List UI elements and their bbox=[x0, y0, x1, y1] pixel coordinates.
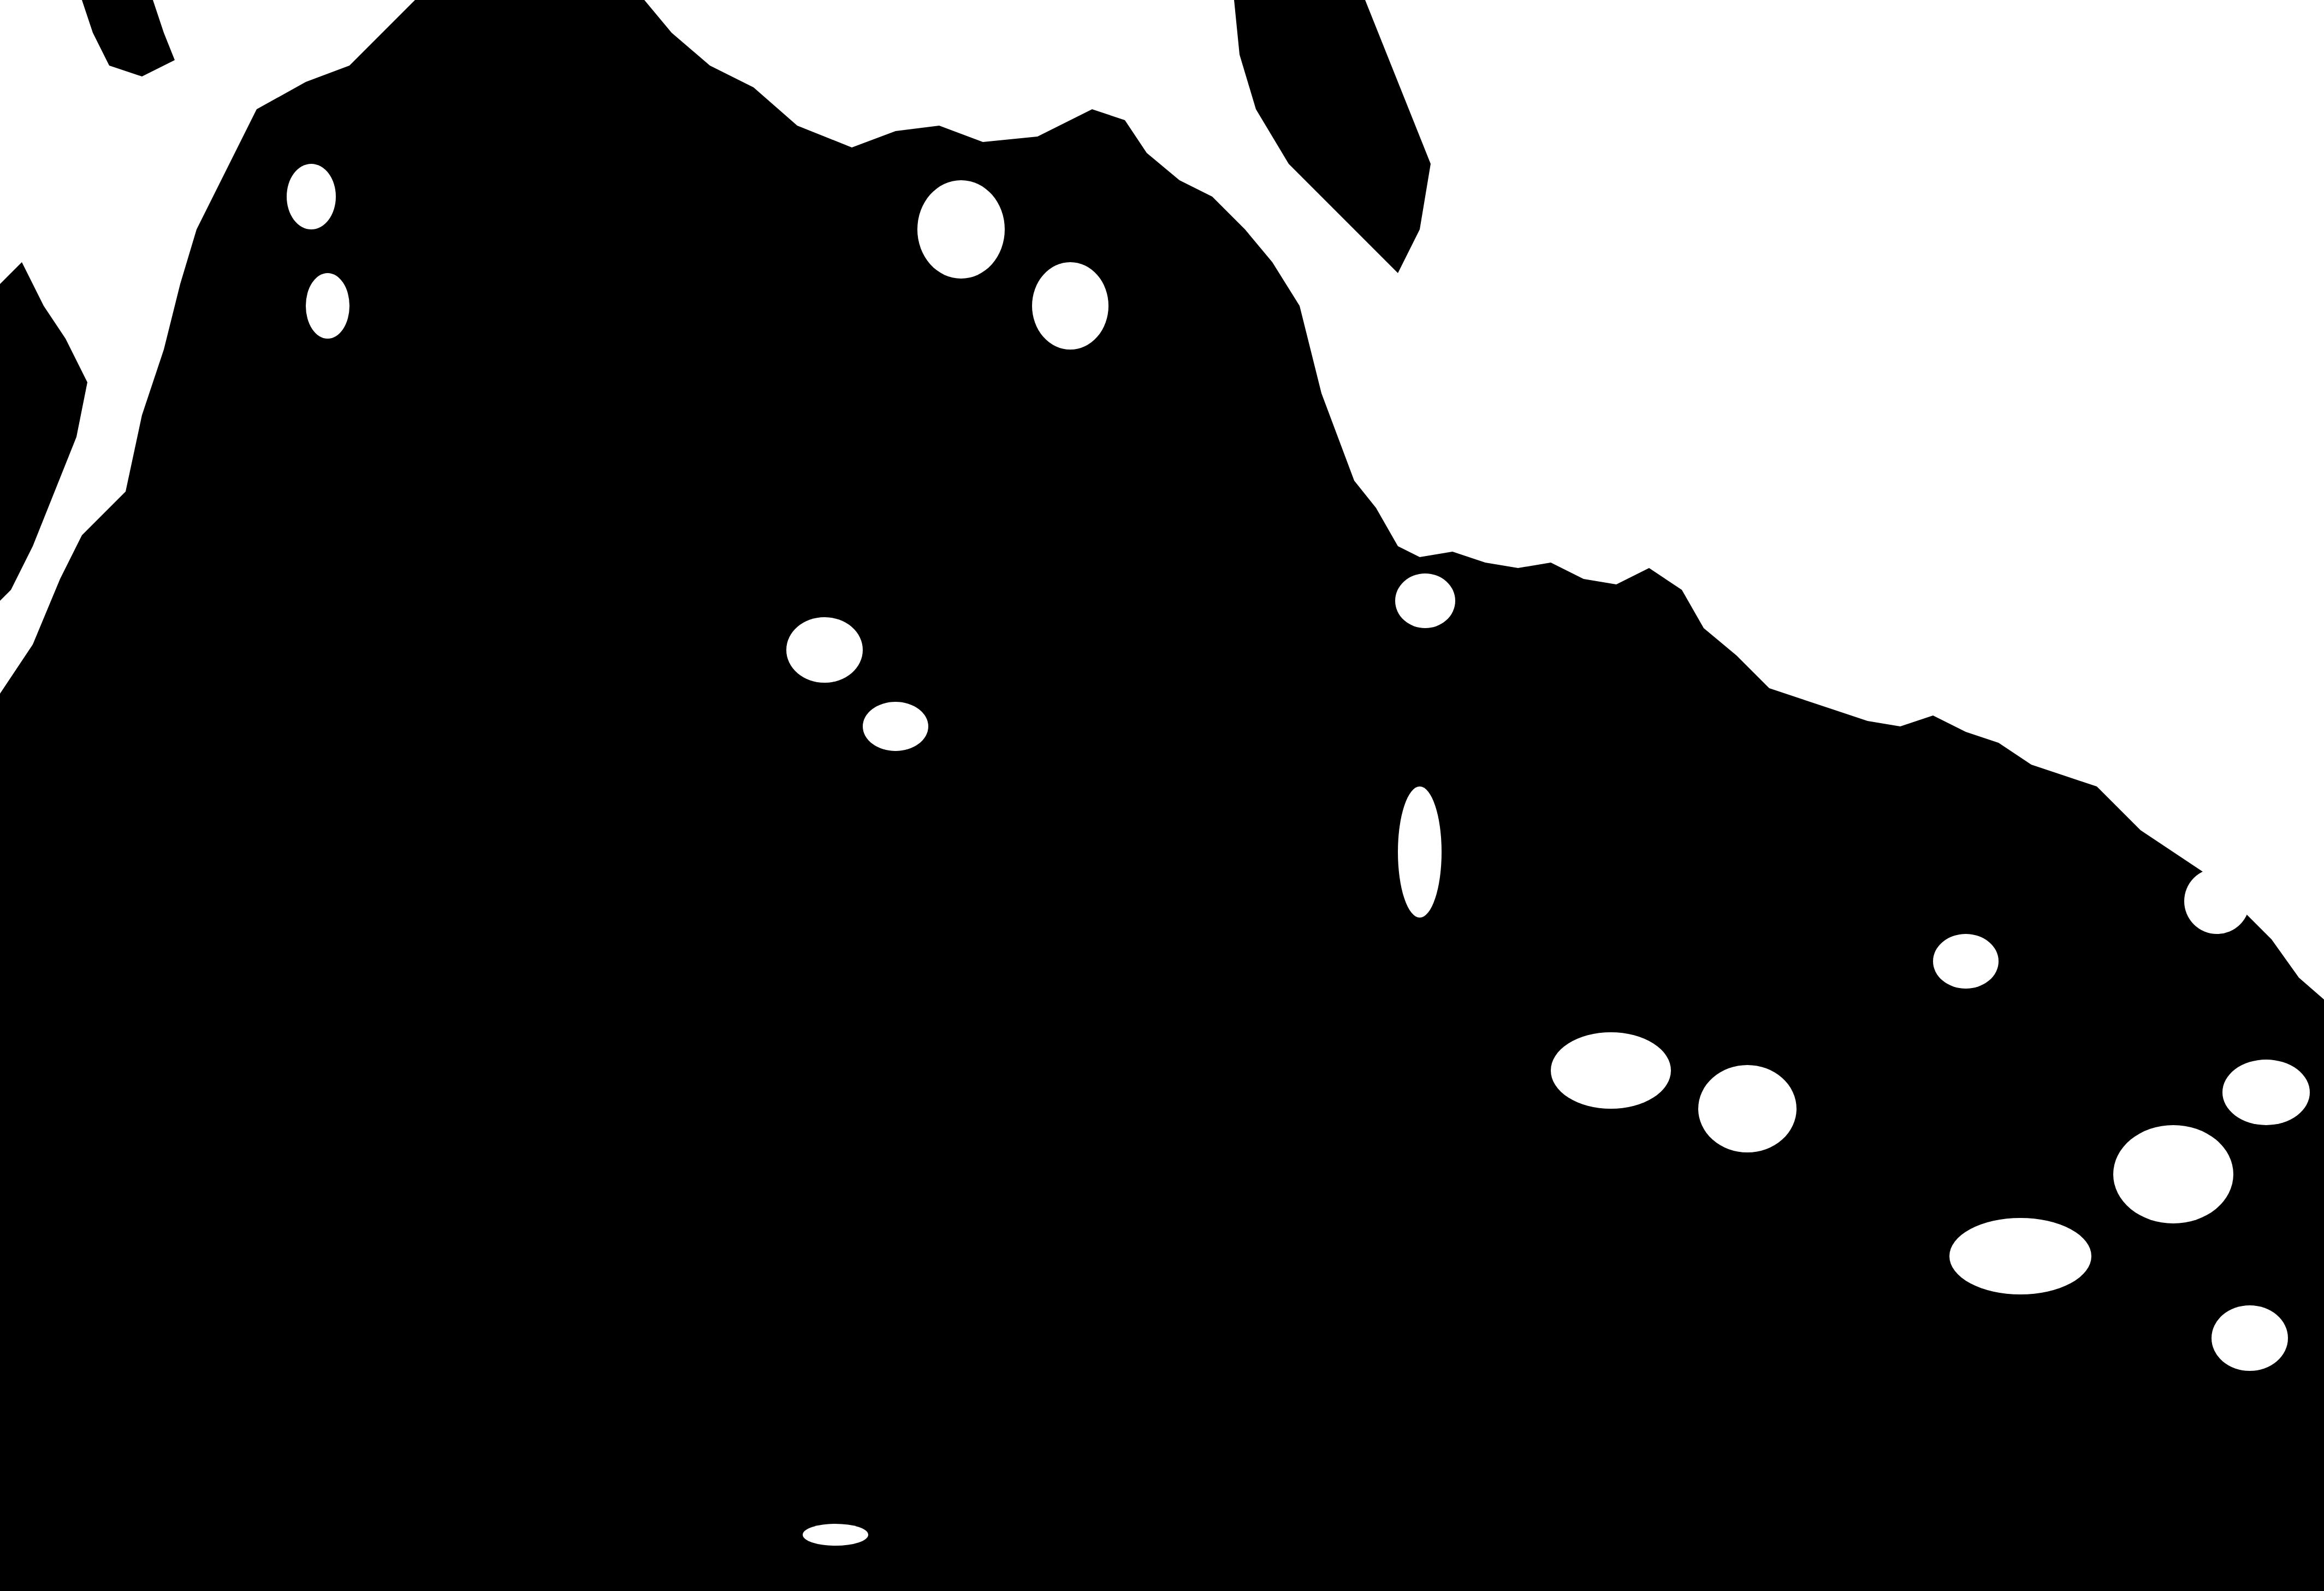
thresholded-photo bbox=[0, 0, 2324, 1591]
silhouette-canvas bbox=[0, 0, 2324, 1591]
